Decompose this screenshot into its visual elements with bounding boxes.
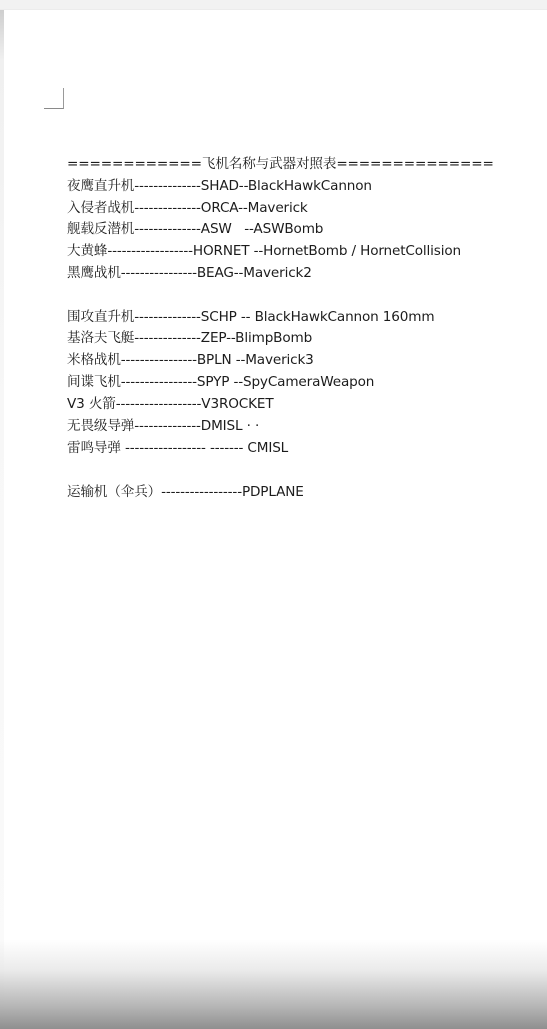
aircraft-row-shad: 夜鹰直升机--------------SHAD--BlackHawkCannon (67, 177, 372, 195)
aircraft-row-bpln: 米格战机----------------BPLN --Maverick3 (67, 351, 314, 369)
page-margin-corner-mark (44, 88, 64, 109)
aircraft-row-hornet: 大黄蜂------------------HORNET --HornetBomb… (67, 242, 461, 260)
aircraft-row-pdplane: 运输机（伞兵）-----------------PDPLANE (67, 483, 304, 501)
aircraft-row-dmisl: 无畏级导弹--------------DMISL · · (67, 417, 259, 435)
aircraft-row-cmisl: 雷鸣导弹 ----------------- ------- CMISL (67, 439, 288, 457)
top-toolbar-strip (0, 0, 547, 10)
aircraft-row-v3rocket: V3 火箭------------------V3ROCKET (67, 395, 274, 413)
aircraft-row-schp: 围攻直升机--------------SCHP -- BlackHawkCann… (67, 308, 435, 326)
aircraft-row-orca: 入侵者战机--------------ORCA--Maverick (67, 199, 308, 217)
aircraft-row-beag: 黑鹰战机----------------BEAG--Maverick2 (67, 264, 312, 282)
aircraft-row-asw: 舰载反潜机--------------ASW --ASWBomb (67, 220, 323, 238)
bottom-shadow-fade (0, 940, 547, 1029)
aircraft-row-zep: 基洛夫飞艇--------------ZEP--BlimpBomb (67, 329, 312, 347)
aircraft-row-spyp: 间谍飞机----------------SPYP --SpyCameraWeap… (67, 373, 374, 391)
document-title: ============飞机名称与武器对照表============== (67, 155, 494, 173)
